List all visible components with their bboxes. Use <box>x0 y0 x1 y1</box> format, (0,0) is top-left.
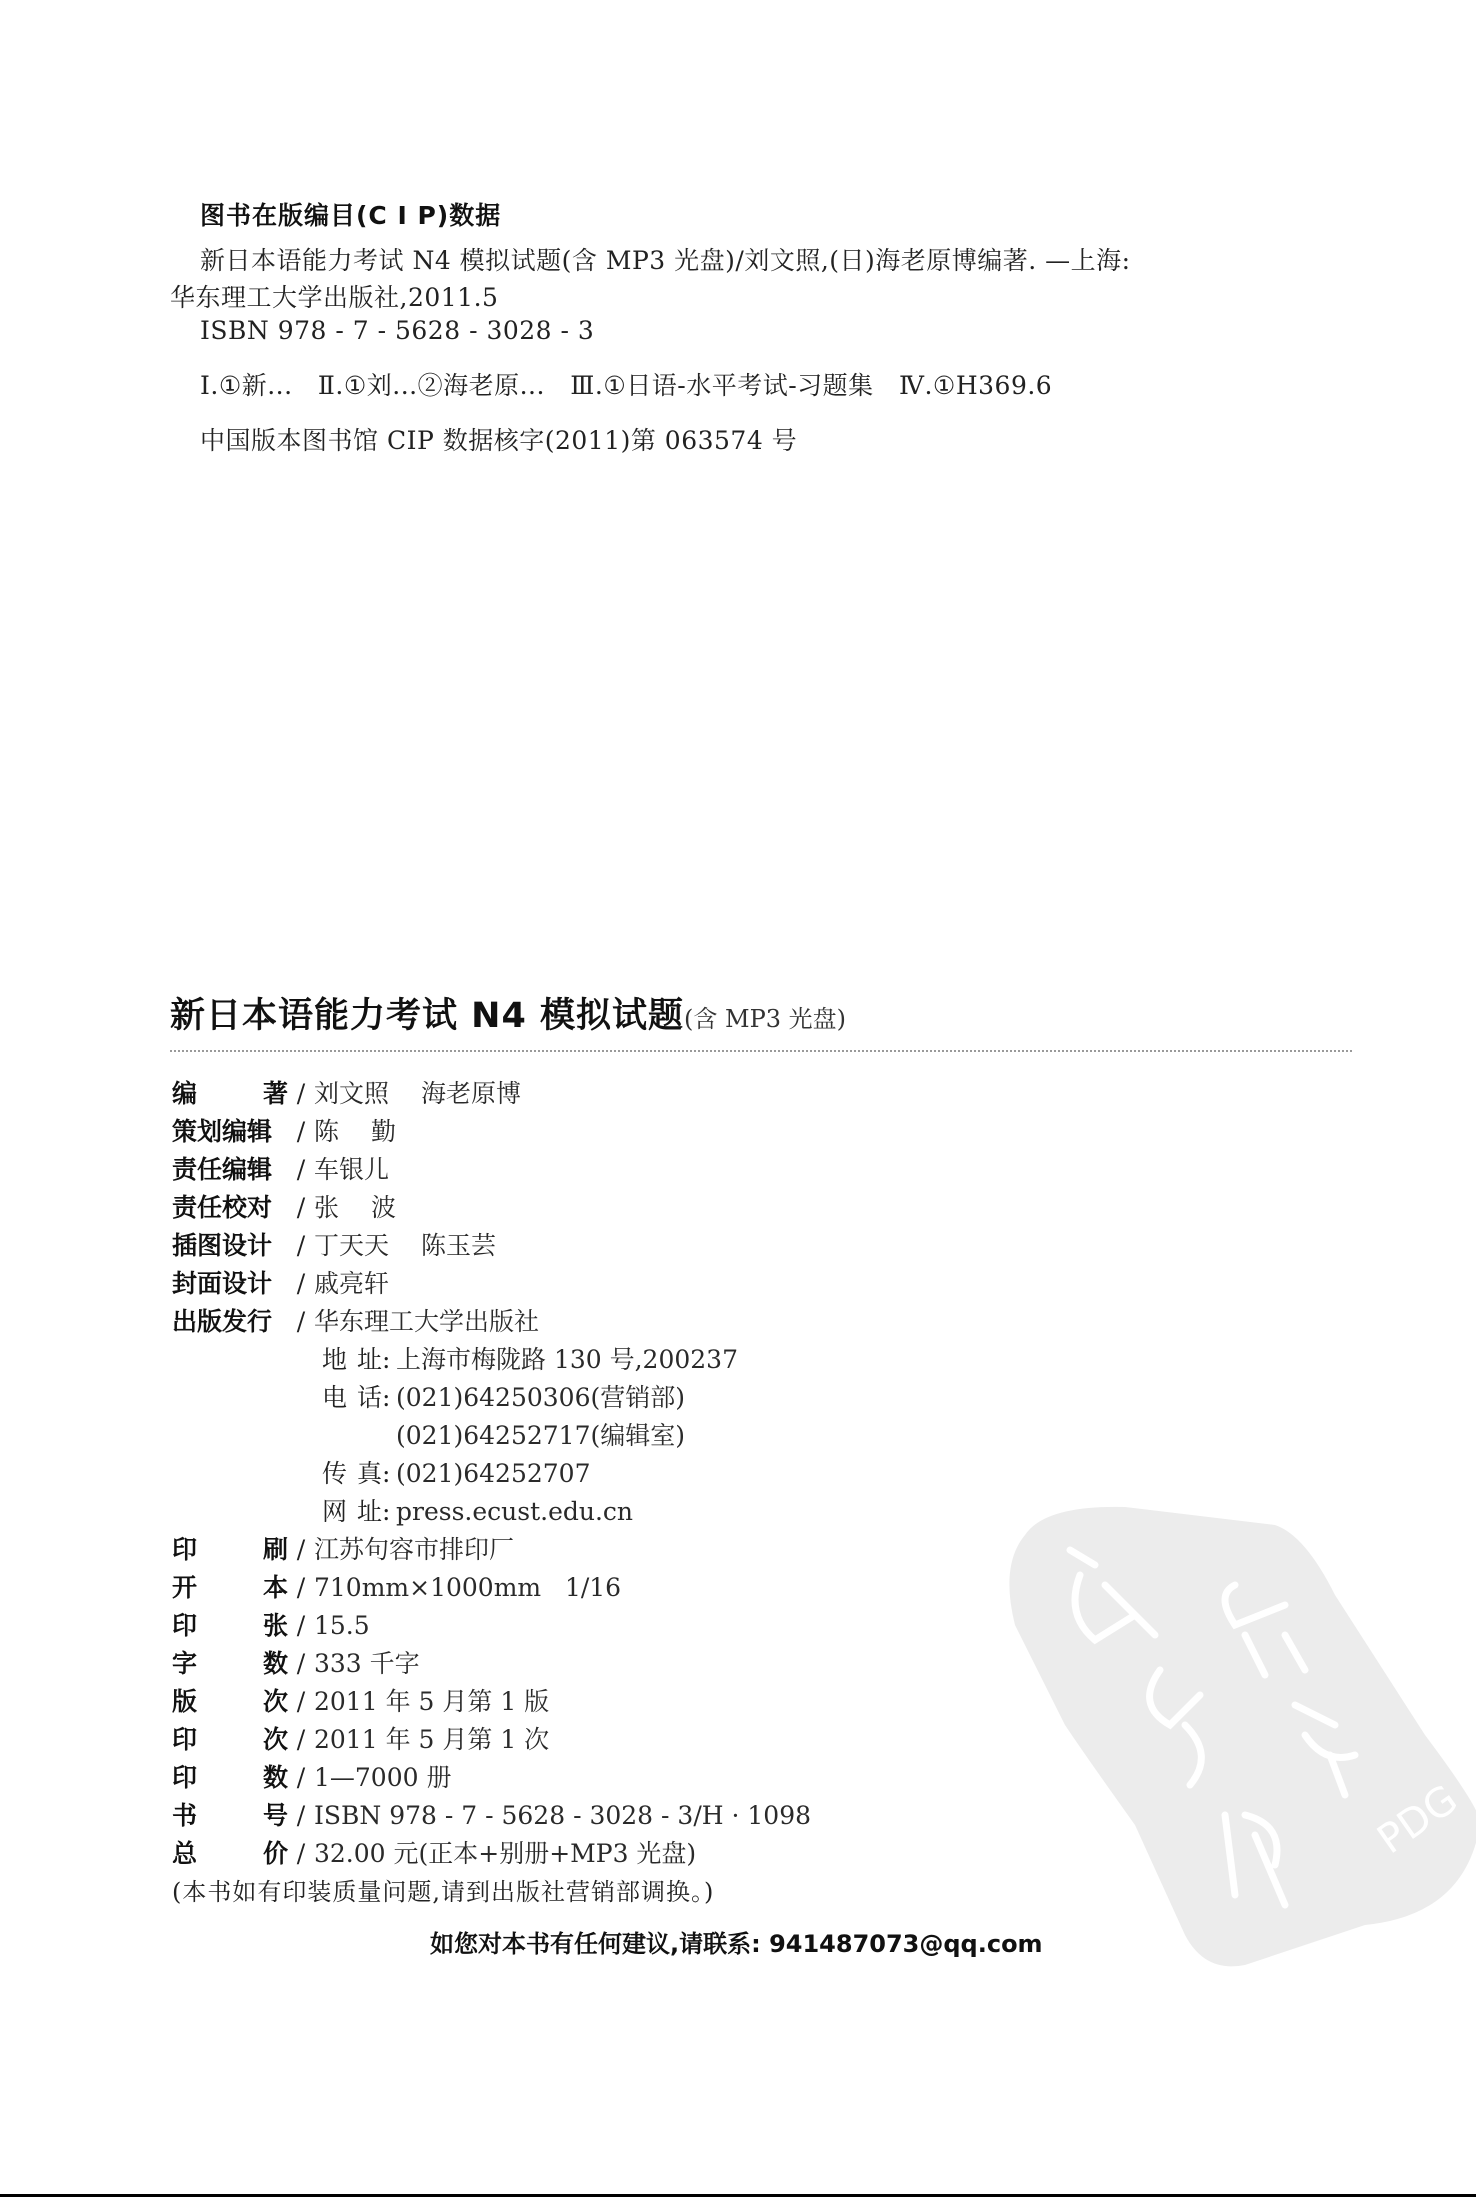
credit-label: 编著 <box>172 1075 288 1113</box>
cip-title-line: 新日本语能力考试 N4 模拟试题(含 MP3 光盘)/刘文照,(日)海老原博编著… <box>200 241 1131 277</box>
credit-row-publisher: 出版发行 / 华东理工大学出版社 <box>172 1303 811 1341</box>
quality-notice: (本书如有印装质量问题,请到出版社营销部调换。) <box>172 1873 811 1911</box>
credit-row-planning-editor: 策划编辑 / 陈勤 <box>172 1113 811 1151</box>
contact-fax: 传真 : (021)64252707 <box>172 1455 811 1493</box>
seal-watermark-icon: PDG <box>985 1495 1476 1975</box>
contact-phone: 电话 : (021)64250306(营销部) <box>172 1379 811 1417</box>
spec-row-isbn: 书号 / ISBN 978 - 7 - 5628 - 3028 - 3/H · … <box>172 1797 811 1835</box>
credit-value: 戚亮轩 <box>314 1265 389 1303</box>
credit-value: 张波 <box>314 1189 396 1227</box>
cip-publisher-line: 华东理工大学出版社,2011.5 <box>170 278 498 314</box>
spec-row-printer: 印刷 / 江苏句容市排印厂 <box>172 1531 811 1569</box>
spec-row-sheets: 印张 / 15.5 <box>172 1607 811 1645</box>
spec-row-impression: 印次 / 2011 年 5 月第 1 次 <box>172 1721 811 1759</box>
dotted-divider <box>170 1050 1352 1052</box>
credits-list: 编著 / 刘文照海老原博 策划编辑 / 陈勤 责任编辑 / 车银儿 责任校对 /… <box>172 1075 811 1911</box>
credit-value: 车银儿 <box>314 1151 389 1189</box>
cip-heading: 图书在版编目(C I P)数据 <box>200 196 501 232</box>
spec-row-edition: 版次 / 2011 年 5 月第 1 版 <box>172 1683 811 1721</box>
spec-row-word-count: 字数 / 333 千字 <box>172 1645 811 1683</box>
credit-row-cover-design: 封面设计 / 戚亮轩 <box>172 1265 811 1303</box>
credit-row-responsible-editor: 责任编辑 / 车银儿 <box>172 1151 811 1189</box>
credit-value: 华东理工大学出版社 <box>314 1303 539 1341</box>
credit-label: 封面设计 <box>172 1265 288 1303</box>
credit-row-proofreader: 责任校对 / 张波 <box>172 1189 811 1227</box>
credit-value: 丁天天陈玉芸 <box>314 1227 496 1265</box>
credit-label: 责任编辑 <box>172 1151 288 1189</box>
cip-record-number: 中国版本图书馆 CIP 数据核字(2011)第 063574 号 <box>200 421 797 457</box>
credit-row-illustration: 插图设计 / 丁天天陈玉芸 <box>172 1227 811 1265</box>
credit-row-editors: 编著 / 刘文照海老原博 <box>172 1075 811 1113</box>
cip-classification-line: Ⅰ.①新... Ⅱ.①刘...②海老原... Ⅲ.①日语-水平考试-习题集 Ⅳ.… <box>200 366 1052 402</box>
credit-value: 刘文照海老原博 <box>314 1075 521 1113</box>
book-title-subtitle: (含 MP3 光盘) <box>684 1005 846 1033</box>
spec-row-price: 总价 / 32.00 元(正本+别册+MP3 光盘) <box>172 1835 811 1873</box>
credit-label: 出版发行 <box>172 1303 288 1341</box>
credit-label: 责任校对 <box>172 1189 288 1227</box>
feedback-contact: 如您对本书有任何建议,请联系: 941487073@qq.com <box>430 1924 1043 1959</box>
credit-value: 陈勤 <box>314 1113 396 1151</box>
cip-isbn-line: ISBN 978 - 7 - 5628 - 3028 - 3 <box>200 316 594 345</box>
credit-label: 插图设计 <box>172 1227 288 1265</box>
credit-label: 策划编辑 <box>172 1113 288 1151</box>
book-title-main: 新日本语能力考试 N4 模拟试题 <box>170 996 684 1036</box>
book-title: 新日本语能力考试 N4 模拟试题(含 MP3 光盘) <box>170 988 846 1038</box>
contact-phone-2: (021)64252717(编辑室) <box>172 1417 811 1455</box>
contact-address: 地址 : 上海市梅陇路 130 号,200237 <box>172 1341 811 1379</box>
spec-row-format: 开本 / 710mm×1000mm 1/16 <box>172 1569 811 1607</box>
contact-website: 网址 : press.ecust.edu.cn <box>172 1493 811 1531</box>
spec-row-print-run: 印数 / 1—7000 册 <box>172 1759 811 1797</box>
